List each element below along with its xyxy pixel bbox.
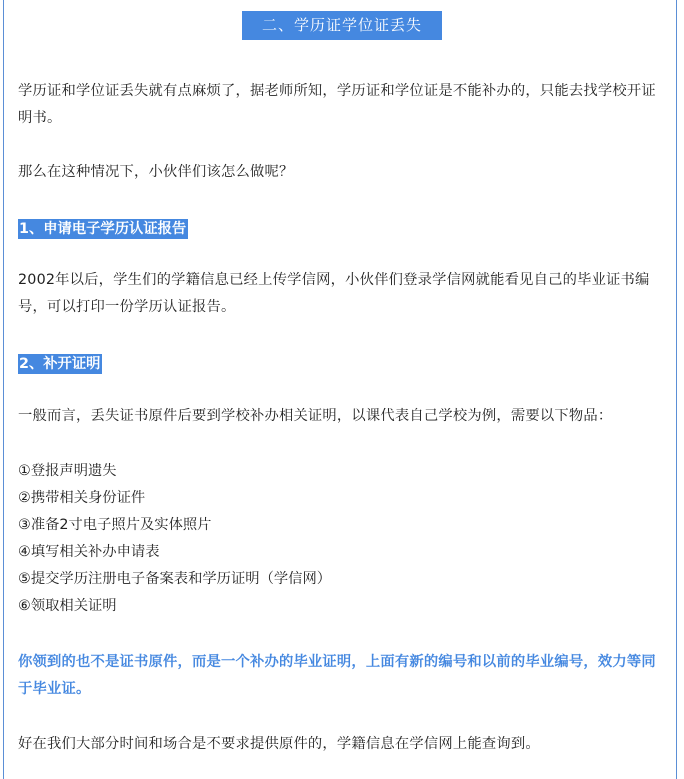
step2-paragraph: 一般而言，丢失证书原件后要到学校补办相关证明，以课代表自己学校为例，需要以下物品… [18, 403, 668, 430]
intro-paragraph: 学历证和学位证丢失就有点麻烦了，据老师所知，学历证和学位证是不能补办的，只能去找… [18, 78, 668, 132]
note-paragraph: 你领到的也不是证书原件，而是一个补办的毕业证明，上面有新的编号和以前的毕业编号，… [18, 649, 668, 703]
step1-paragraph: 2002年以后，学生们的学籍信息已经上传学信网，小伙伴们登录学信网就能看见自己的… [18, 267, 668, 321]
list-item: ⑥领取相关证明 [18, 593, 331, 620]
list-item: ④填写相关补办申请表 [18, 539, 331, 566]
section-title-banner: 二、学历证学位证丢失 [242, 11, 442, 40]
required-items-list: ①登报声明遗失 ②携带相关身份证件 ③准备2寸电子照片及实体照片 ④填写相关补办… [18, 458, 331, 620]
heading-step2: 2、补开证明 [18, 354, 102, 374]
question-paragraph: 那么在这种情况下，小伙伴们该怎么做呢？ [18, 159, 668, 186]
list-item: ⑤提交学历注册电子备案表和学历证明（学信网） [18, 566, 331, 593]
closing-paragraph: 好在我们大部分时间和场合是不要求提供原件的，学籍信息在学信网上能查询到。 [18, 731, 668, 758]
list-item: ①登报声明遗失 [18, 458, 331, 485]
heading-step1: 1、申请电子学历认证报告 [18, 219, 188, 239]
list-item: ②携带相关身份证件 [18, 485, 331, 512]
list-item: ③准备2寸电子照片及实体照片 [18, 512, 331, 539]
